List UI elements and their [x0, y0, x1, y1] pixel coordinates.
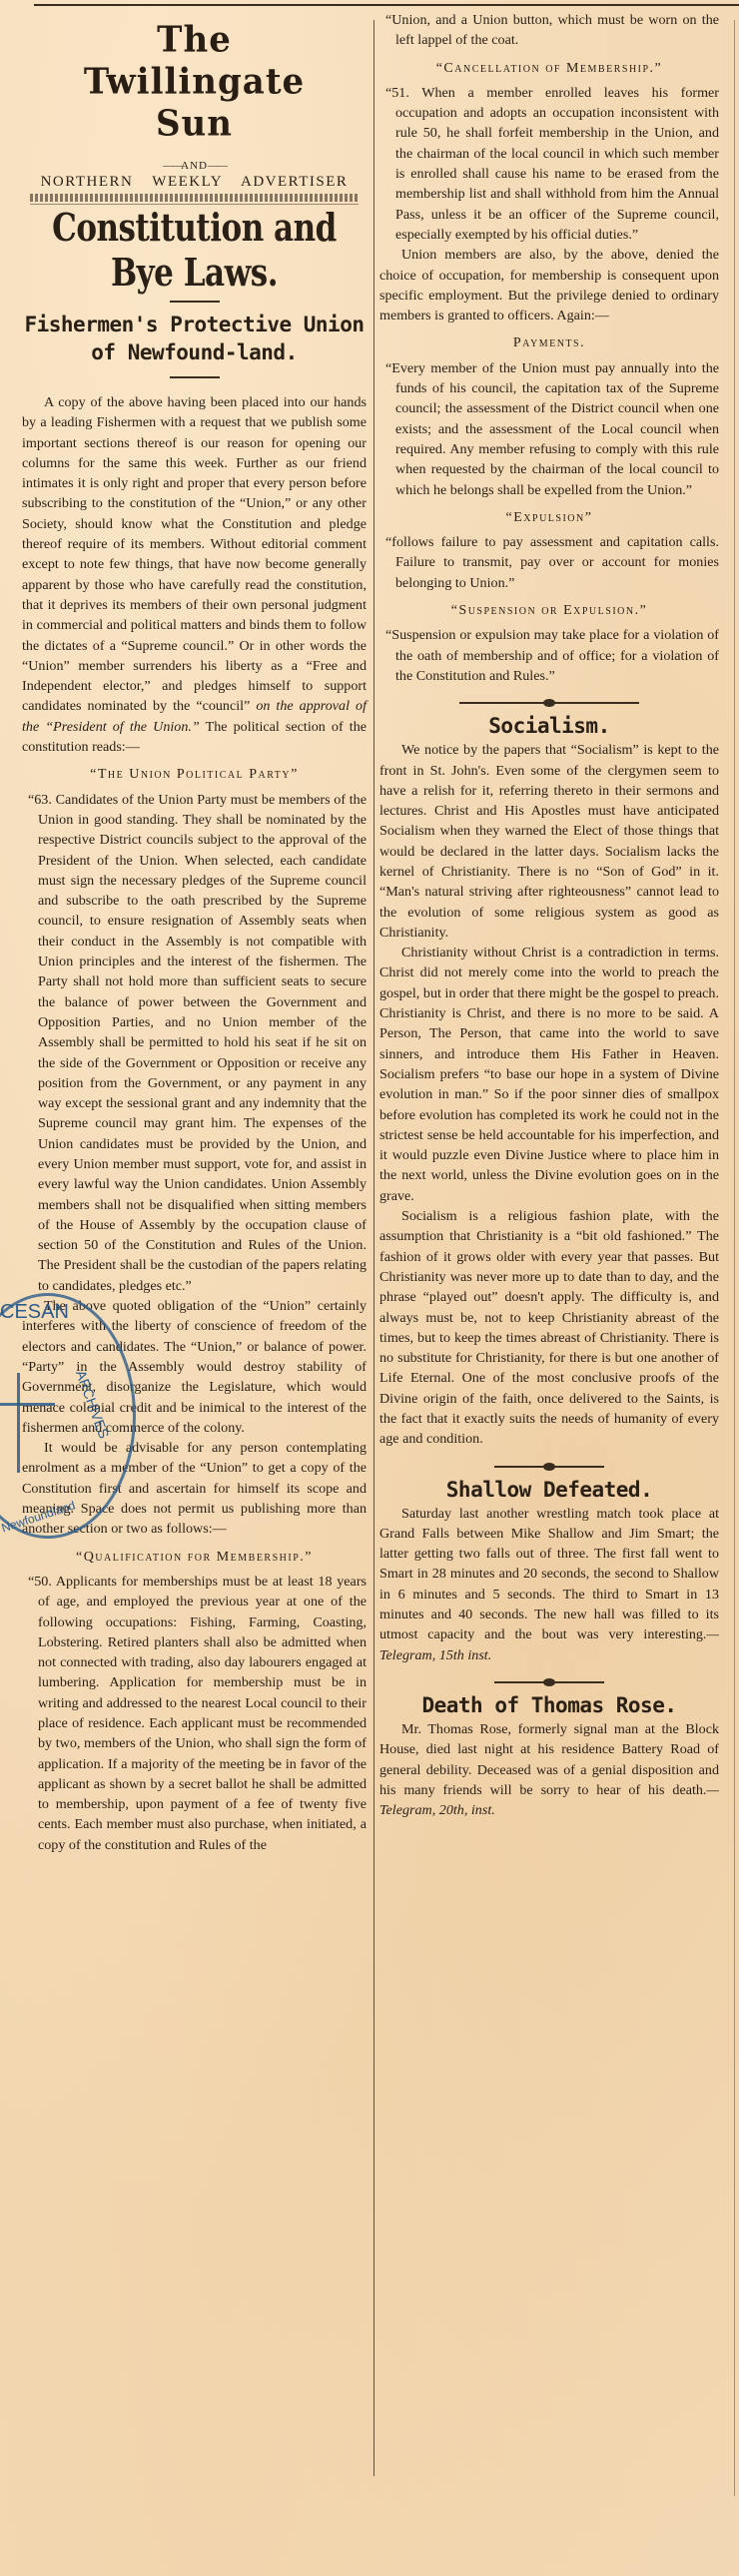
- newspaper-title: The Twillingate Sun: [22, 19, 367, 145]
- thin-divider: [30, 204, 359, 205]
- quoted-section-63: “63. Candidates of the Union Party must …: [22, 790, 367, 1296]
- paragraph: Christianity without Christ is a contrad…: [379, 943, 719, 1206]
- quoted-section-50: “50. Applicants for memberships must be …: [22, 1572, 367, 1855]
- paragraph: We notice by the papers that “Socialism”…: [379, 740, 719, 943]
- cross-icon-bar: [0, 1403, 55, 1406]
- article-union-continued: “Union, and a Union button, which must b…: [379, 10, 719, 686]
- masthead-and: AND: [22, 160, 367, 172]
- quoted-expulsion: “follows failure to pay assessment and c…: [379, 532, 719, 593]
- article-rose-body: Mr. Thomas Rose, formerly signal man at …: [379, 1719, 719, 1820]
- short-rule: [170, 301, 220, 303]
- section-heading: Payments.: [379, 333, 719, 353]
- right-border-rule: [734, 20, 735, 2496]
- article-union-body: A copy of the above having been placed i…: [22, 392, 367, 1855]
- quoted-suspension: “Suspension or expulsion may take place …: [379, 625, 719, 686]
- article-socialism-body: We notice by the papers that “Socialism”…: [379, 740, 719, 1449]
- quoted-section-50-cont: “Union, and a Union button, which must b…: [379, 10, 719, 51]
- paragraph: The above quoted obligation of the “Unio…: [22, 1296, 367, 1438]
- right-column: “Union, and a Union button, which must b…: [379, 10, 719, 1820]
- short-rule: [170, 376, 220, 378]
- section-heading: “Qualification for Membership.”: [22, 1548, 367, 1568]
- column-divider: [373, 20, 374, 2476]
- ornamental-divider: [494, 1681, 604, 1683]
- stamp-text-top: CESAN: [0, 1301, 69, 1324]
- masthead: The Twillingate Sun AND NORTHERN WEEKLY …: [22, 0, 367, 287]
- newspaper-subtitle: NORTHERN WEEKLY ADVERTISER: [22, 174, 367, 191]
- headline-rose: Death of Thomas Rose.: [379, 1691, 719, 1719]
- paragraph: Union members are also, by the above, de…: [379, 245, 719, 325]
- paragraph: A copy of the above having been placed i…: [22, 392, 367, 757]
- headline-union: Fishermen's Protective Union of Newfound…: [22, 311, 367, 366]
- paragraph: Mr. Thomas Rose, formerly signal man at …: [379, 1719, 719, 1820]
- headline-socialism: Socialism.: [379, 712, 719, 740]
- paragraph: It would be advisable for any person con…: [22, 1438, 367, 1539]
- article-shallow-body: Saturday last another wrestling match to…: [379, 1504, 719, 1665]
- section-heading: “Expulsion”: [379, 508, 719, 528]
- cross-icon: [17, 1373, 20, 1473]
- paragraph: Saturday last another wrestling match to…: [379, 1504, 719, 1665]
- section-heading: “The Union Political Party”: [22, 765, 367, 785]
- left-column: The Twillingate Sun AND NORTHERN WEEKLY …: [22, 0, 367, 1855]
- quoted-section-51: “51. When a member enrolled leaves his f…: [379, 83, 719, 245]
- section-heading: “Suspension or Expulsion.”: [379, 601, 719, 621]
- ornamental-divider: [494, 1466, 604, 1468]
- paragraph: Socialism is a religious fashion plate, …: [379, 1206, 719, 1450]
- quoted-payments: “Every member of the Union must pay annu…: [379, 358, 719, 500]
- ornamental-divider: [459, 702, 639, 704]
- headline-shallow: Shallow Defeated.: [379, 1476, 719, 1504]
- page-title: Constitution and Bye Laws.: [22, 206, 367, 296]
- newspaper-clipping: The Twillingate Sun AND NORTHERN WEEKLY …: [0, 0, 739, 2576]
- section-heading: “Cancellation of Membership.”: [379, 59, 719, 79]
- wavy-divider: [30, 194, 359, 202]
